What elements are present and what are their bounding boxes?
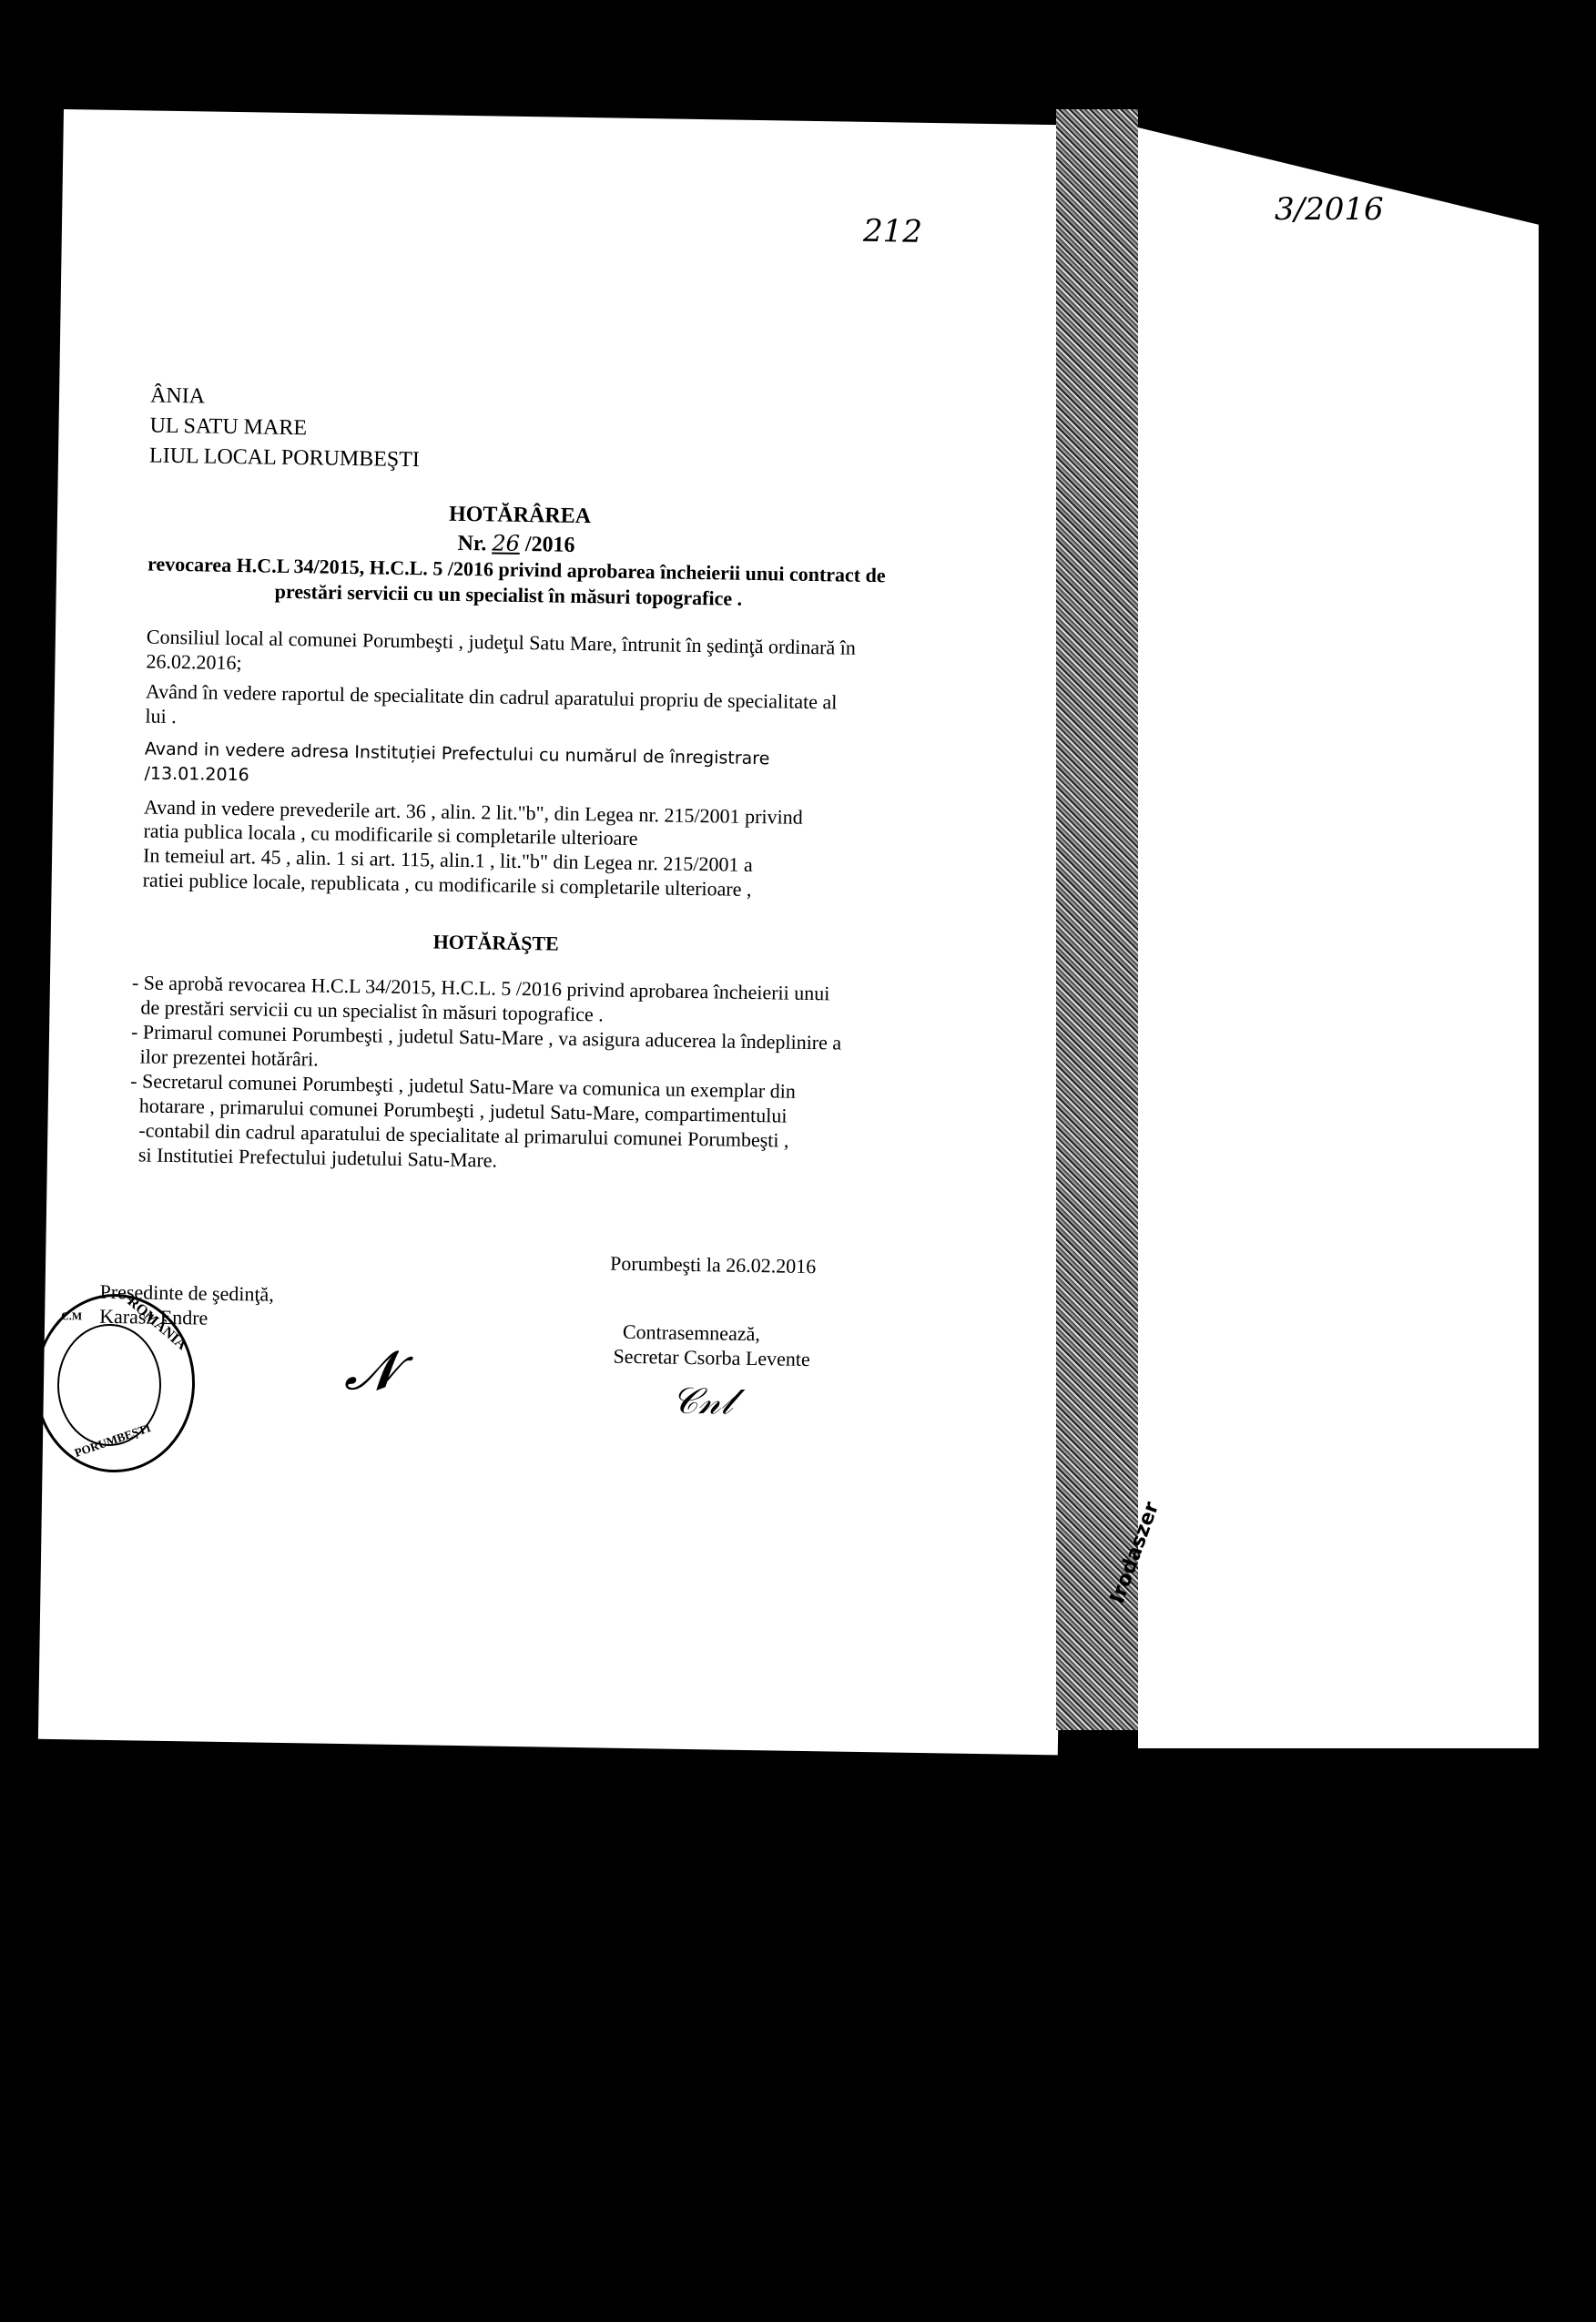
preamble-line: Având în vedere raportul de specialitate… bbox=[146, 679, 838, 714]
handwritten-page-number: 212 bbox=[863, 213, 923, 250]
preamble-line: Consiliul local al comunei Porumbeşti , … bbox=[147, 626, 856, 660]
article-line: ilor prezentei hotărâri. bbox=[139, 1044, 318, 1071]
preamble-line: /13.01.2016 bbox=[144, 763, 249, 785]
document-page: 212 ÂNIA UL SATU MARE LIUL LOCAL PORUMBE… bbox=[38, 109, 1083, 1755]
handwritten-register-number: 3/2016 bbox=[1275, 191, 1384, 228]
president-signature: 𝓝 bbox=[344, 1339, 398, 1403]
secretary-signature: 𝒞𝓃𝓁 bbox=[671, 1380, 733, 1423]
document-content: ÂNIA UL SATU MARE LIUL LOCAL PORUMBEŞTI … bbox=[155, 111, 1011, 125]
header-county: UL SATU MARE bbox=[149, 414, 307, 442]
place-date: Porumbeşti la 26.02.2016 bbox=[610, 1252, 816, 1279]
header-council: LIUL LOCAL PORUMBEŞTI bbox=[149, 444, 420, 474]
preamble-line: lui . bbox=[145, 704, 177, 728]
decision-number: Nr. 26 /2016 bbox=[457, 530, 574, 558]
secretary-name: Secretar Csorba Levente bbox=[613, 1345, 810, 1371]
number-label: Nr. bbox=[457, 532, 486, 555]
adjacent-page: 3/2016 bbox=[1138, 127, 1539, 1748]
preamble-line: 26.02.2016; bbox=[146, 649, 242, 675]
document-title: HOTĂRÂREA bbox=[449, 503, 591, 529]
decides-heading: HOTĂRĂŞTE bbox=[432, 930, 559, 955]
seal-text-side: C.M bbox=[61, 1309, 82, 1323]
number-year: /2016 bbox=[525, 533, 575, 557]
article-line: si Institutiei Prefectului judetului Sat… bbox=[138, 1143, 497, 1172]
subject-line-1: revocarea H.C.L 34/2015, H.C.L. 5 /2016 … bbox=[147, 553, 886, 588]
official-seal: ROMÂNIA PORUMBEŞTI C.M bbox=[34, 1293, 197, 1474]
binder-spine bbox=[1056, 109, 1138, 1730]
header-country: ÂNIA bbox=[150, 384, 205, 410]
countersign-label: Contrasemnează, bbox=[623, 1320, 760, 1346]
handwritten-number: 26 bbox=[492, 530, 520, 555]
subject-line-2: prestări servicii cu un specialist în mă… bbox=[275, 580, 743, 611]
